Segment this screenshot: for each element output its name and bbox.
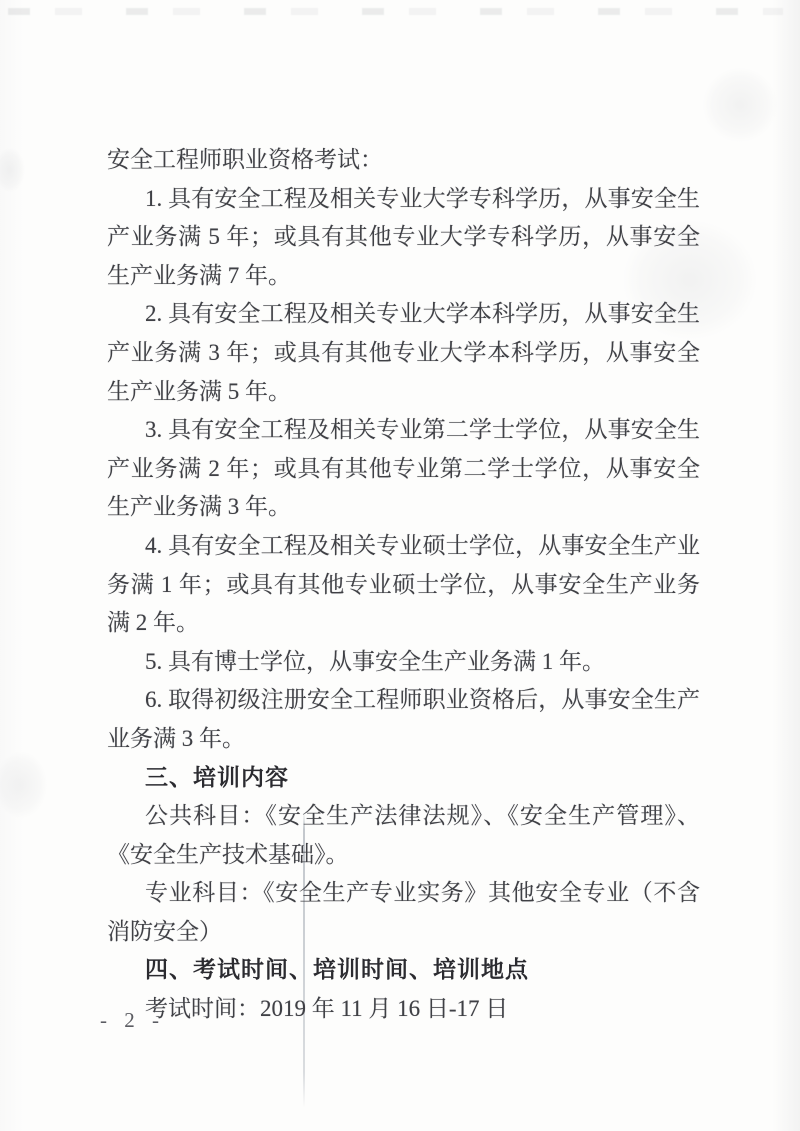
requirement-item-6: 6. 取得初级注册安全工程师职业资格后，从事安全生产业务满 3 年。 xyxy=(107,681,700,758)
scan-smudge-left-bottom xyxy=(0,740,56,830)
scan-smudge-left-top xyxy=(0,140,30,200)
section-heading-exam-schedule: 四、考试时间、培训时间、培训地点 xyxy=(107,951,700,990)
public-subjects-line: 公共科目：《安全生产法律法规》、《安全生产管理》、《安全生产技术基础》。 xyxy=(107,797,700,874)
requirement-item-4: 4. 具有安全工程及相关专业硕士学位，从事安全生产业务满 1 年；或具有其他专业… xyxy=(107,527,700,643)
page-number: - 2 - xyxy=(100,1008,165,1033)
scan-noise-top-edge xyxy=(8,8,783,15)
requirement-item-1: 1. 具有安全工程及相关专业大学专科学历，从事安全生产业务满 5 年；或具有其他… xyxy=(107,180,700,296)
scan-smudge-right-top xyxy=(690,55,790,155)
requirement-item-5: 5. 具有博士学位，从事安全生产业务满 1 年。 xyxy=(107,643,700,682)
document-body-text: 安全工程师职业资格考试： 1. 具有安全工程及相关专业大学专科学历，从事安全生产… xyxy=(107,141,700,1029)
exam-time-line: 考试时间：2019 年 11 月 16 日-17 日 xyxy=(107,990,700,1029)
professional-subjects-line: 专业科目：《安全生产专业实务》其他安全专业（不含消防安全） xyxy=(107,874,700,951)
requirement-item-2: 2. 具有安全工程及相关专业大学本科学历，从事安全生产业务满 3 年；或具有其他… xyxy=(107,295,700,411)
document-page: { "page": { "background": "#fdfdfc", "te… xyxy=(0,0,800,1131)
section-heading-training-content: 三、培训内容 xyxy=(107,759,700,798)
requirement-item-3: 3. 具有安全工程及相关专业第二学士学位，从事安全生产业务满 2 年；或具有其他… xyxy=(107,411,700,527)
paragraph-intro: 安全工程师职业资格考试： xyxy=(107,141,700,180)
